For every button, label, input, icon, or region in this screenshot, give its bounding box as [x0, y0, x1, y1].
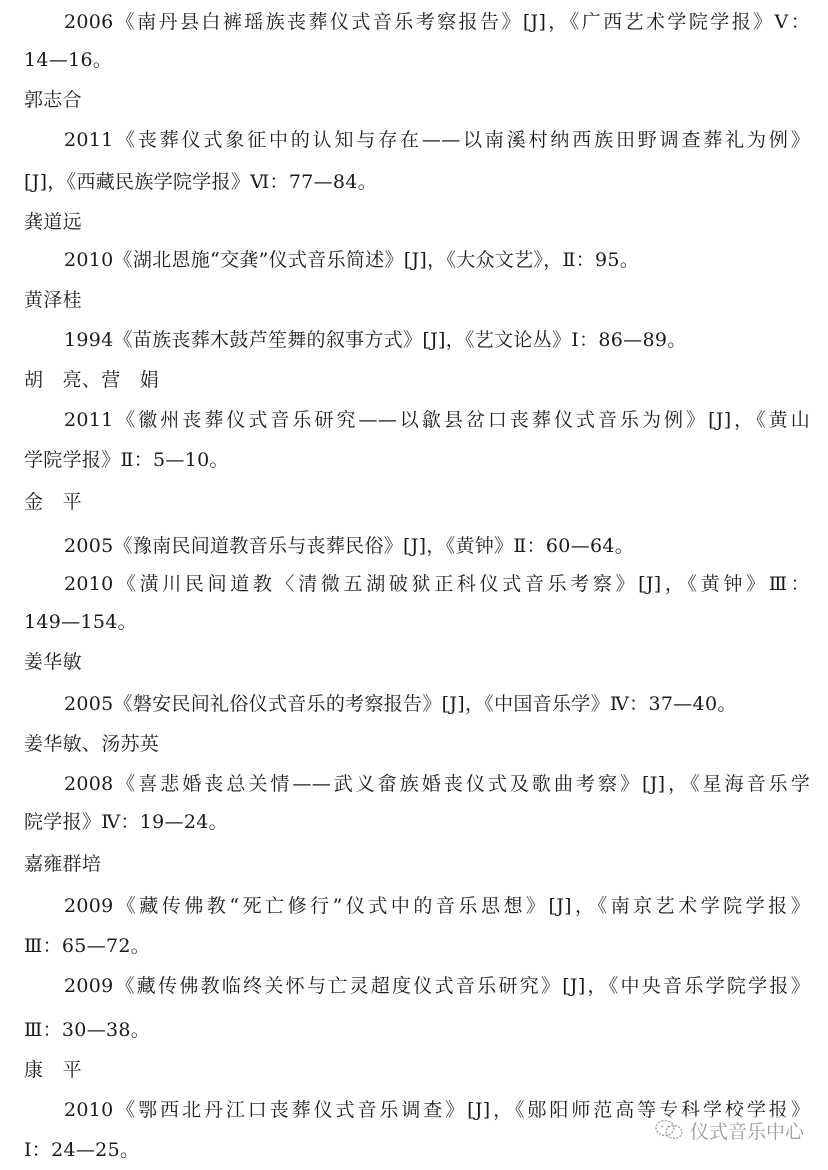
bibliography-line: 2005《豫南民间道教音乐与丧葬民俗》[J]，《黄钟》Ⅱ：60—64。: [64, 526, 810, 566]
author-name: 龚道远: [24, 202, 810, 242]
author-name: 黄泽桂: [24, 280, 810, 320]
author-name: 姜华敏、汤苏英: [24, 724, 810, 764]
author-name: 康 平: [24, 1050, 810, 1090]
bibliography-line: Ⅲ：30—38。: [24, 1010, 810, 1050]
bibliography-line: 149—154。: [24, 602, 810, 642]
watermark: 仪式音乐中心: [654, 1116, 804, 1144]
bibliography-line: 2010《湖北恩施“交龚”仪式音乐简述》[J]，《大众文艺》，Ⅱ：95。: [64, 240, 810, 280]
bibliography-line: 院学报》Ⅳ：19—24。: [24, 802, 810, 842]
bibliography-line: [J]，《西藏民族学院学报》Ⅵ：77—84。: [24, 162, 810, 202]
bibliography-line: 2005《磐安民间礼俗仪式音乐的考察报告》[J]，《中国音乐学》Ⅳ：37—40。: [64, 684, 810, 724]
bibliography-line: 学院学报》Ⅱ：5—10。: [24, 440, 810, 480]
document-page: 2006《南丹县白裤瑶族丧葬仪式音乐考察报告》[J]，《广西艺术学院学报》Ⅴ： …: [0, 0, 828, 1170]
bibliography-line: 2011《徽州丧葬仪式音乐研究——以歙县岔口丧葬仪式音乐为例》[J]，《黄山: [64, 400, 810, 440]
author-name: 姜华敏: [24, 642, 810, 682]
author-name: 郭志合: [24, 80, 810, 120]
author-name: 金 平: [24, 482, 810, 522]
bibliography-line: Ⅲ：65—72。: [24, 926, 810, 966]
bibliography-line: 1994《苗族丧葬木鼓芦笙舞的叙事方式》[J]，《艺文论丛》Ⅰ：86—89。: [64, 320, 810, 360]
bibliography-line: 2010《潢川民间道教〈清微五湖破狱正科仪式音乐考察》[J]，《黄钟》Ⅲ：: [64, 564, 810, 604]
wechat-icon: [654, 1118, 684, 1142]
bibliography-line: 2009《藏传佛教临终关怀与亡灵超度仪式音乐研究》[J]，《中央音乐学院学报》: [64, 966, 810, 1006]
bibliography-line: 2006《南丹县白裤瑶族丧葬仪式音乐考察报告》[J]，《广西艺术学院学报》Ⅴ：: [64, 2, 810, 42]
bibliography-line: 14—16。: [24, 40, 810, 80]
watermark-text: 仪式音乐中心: [690, 1117, 804, 1144]
bibliography-line: 2008《喜悲婚丧总关情——武义畲族婚丧仪式及歌曲考察》[J]，《星海音乐学: [64, 764, 810, 804]
bibliography-line: 2009《藏传佛教“死亡修行”仪式中的音乐思想》[J]，《南京艺术学院学报》: [64, 886, 810, 926]
bibliography-line: 2011《丧葬仪式象征中的认知与存在——以南溪村纳西族田野调查葬礼为例》: [64, 120, 810, 160]
author-name: 嘉雍群培: [24, 844, 810, 884]
author-name: 胡 亮、营 娟: [24, 360, 810, 400]
